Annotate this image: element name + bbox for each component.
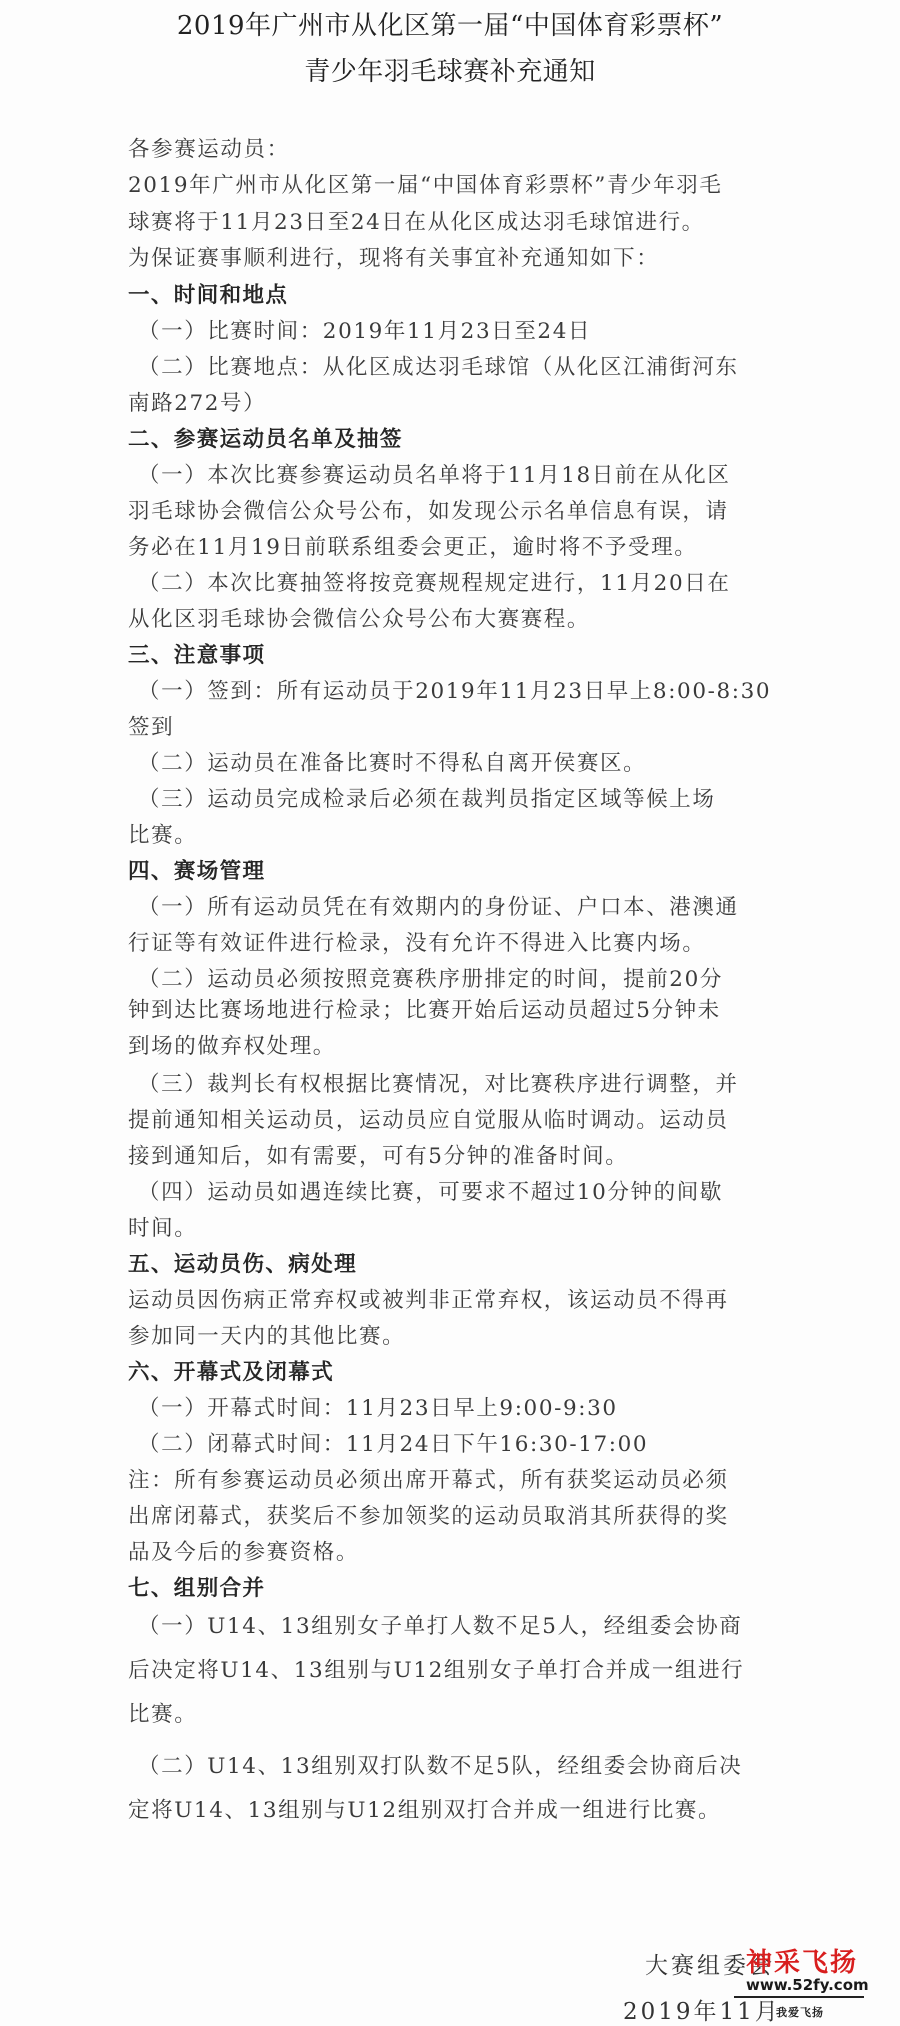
section-line: 参加同一天内的其他比赛。 (128, 1322, 405, 1352)
section-heading-ceremonies: 六、开幕式及闭幕式 (128, 1358, 334, 1388)
section-line: （二）本次比赛抽签将按竞赛规程规定进行，11月20日在 (138, 569, 730, 599)
section-line: 品及今后的参赛资格。 (128, 1538, 359, 1568)
section-line: 签到 (128, 713, 174, 743)
section-line: 运动员因伤病正常弃权或被判非正常弃权，该运动员不得再 (128, 1286, 729, 1316)
section-heading-roster-draw: 二、参赛运动员名单及抽签 (128, 425, 403, 455)
section-heading-venue-management: 四、赛场管理 (128, 857, 265, 887)
document-page: 2019年广州市从化区第一届“中国体育彩票杯” 青少年羽毛球赛补充通知 各参赛运… (0, 0, 900, 2026)
section-line: 南路272号） (128, 389, 266, 419)
section-line: （二）运动员必须按照竞赛秩序册排定的时间，提前20分 (138, 965, 723, 995)
watermark-slogan: 我爱飞扬 (776, 2004, 824, 2020)
section-line: （一）开幕式时间：11月23日早上9:00-9:30 (138, 1394, 618, 1424)
intro-line: 2019年广州市从化区第一届“中国体育彩票杯”青少年羽毛 (128, 171, 723, 201)
section-line: （一）签到：所有运动员于2019年11月23日早上8:00-8:30 (138, 677, 771, 707)
watermark-url: www.52fy.com (746, 1976, 869, 1994)
section-line: （一）比赛时间：2019年11月23日至24日 (138, 317, 591, 347)
section-heading-notes: 三、注意事项 (128, 641, 265, 671)
section-line: （二）闭幕式时间：11月24日下午16:30-17:00 (138, 1430, 648, 1460)
watermark-divider (734, 1996, 864, 1998)
section-heading-time-location: 一、时间和地点 (128, 281, 288, 311)
section-line: 到场的做弃权处理。 (128, 1032, 336, 1062)
section-line: 提前通知相关运动员，运动员应自觉服从临时调动。运动员 (128, 1106, 729, 1136)
document-title-line-1: 2019年广州市从化区第一届“中国体育彩票杯” (0, 6, 900, 46)
section-line: 钟到达比赛场地进行检录；比赛开始后运动员超过5分钟未 (128, 996, 721, 1026)
section-line: 时间。 (128, 1214, 197, 1244)
section-heading-group-merge: 七、组别合并 (128, 1574, 265, 1604)
section-line: （四）运动员如遇连续比赛，可要求不超过10分钟的间歇 (138, 1178, 723, 1208)
section-line: 从化区羽毛球协会微信公众号公布大赛赛程。 (128, 605, 590, 635)
section-line: 后决定将U14、13组别与U12组别女子单打合并成一组进行 (128, 1656, 744, 1686)
section-line: 注：所有参赛运动员必须出席开幕式，所有获奖运动员必须 (128, 1466, 729, 1496)
section-line: （一）所有运动员凭在有效期内的身份证、户口本、港澳通 (138, 893, 739, 923)
section-heading-injury: 五、运动员伤、病处理 (128, 1250, 357, 1280)
section-line: 比赛。 (128, 821, 197, 851)
section-line: （二）U14、13组别双打队数不足5队，经组委会协商后决 (138, 1752, 742, 1782)
section-line: （三）裁判长有权根据比赛情况，对比赛秩序进行调整，并 (138, 1070, 739, 1100)
intro-line: 球赛将于11月23日至24日在从化区成达羽毛球馆进行。 (128, 208, 705, 238)
watermark-logo: 神采飞扬 www.52fy.com 我爱飞扬 (742, 1942, 900, 2026)
section-line: （一）U14、13组别女子单打人数不足5人，经组委会协商 (138, 1612, 742, 1642)
section-line: （三）运动员完成检录后必须在裁判员指定区域等候上场 (138, 785, 716, 815)
section-line: 接到通知后，如有需要，可有5分钟的准备时间。 (128, 1142, 628, 1172)
section-line: 比赛。 (128, 1700, 197, 1730)
section-line: （二）比赛地点：从化区成达羽毛球馆（从化区江浦街河东 (138, 353, 739, 383)
section-line: （一）本次比赛参赛运动员名单将于11月18日前在从化区 (138, 461, 730, 491)
section-line: （二）运动员在准备比赛时不得私自离开侯赛区。 (138, 749, 646, 779)
section-line: 定将U14、13组别与U12组别双打合并成一组进行比赛。 (128, 1796, 721, 1826)
document-title-line-2: 青少年羽毛球赛补充通知 (0, 52, 900, 92)
section-line: 行证等有效证件进行检录，没有允许不得进入比赛内场。 (128, 929, 706, 959)
intro-line: 为保证赛事顺利进行，现将有关事宜补充通知如下： (128, 244, 659, 274)
watermark-title: 神采飞扬 (746, 1942, 858, 1979)
section-line: 羽毛球协会微信公众号公布，如发现公示名单信息有误，请 (128, 497, 729, 527)
section-line: 出席闭幕式，获奖后不参加领奖的运动员取消其所获得的奖 (128, 1502, 729, 1532)
salutation: 各参赛运动员： (128, 135, 290, 165)
section-line: 务必在11月19日前联系组委会更正，逾时将不予受理。 (128, 533, 697, 563)
